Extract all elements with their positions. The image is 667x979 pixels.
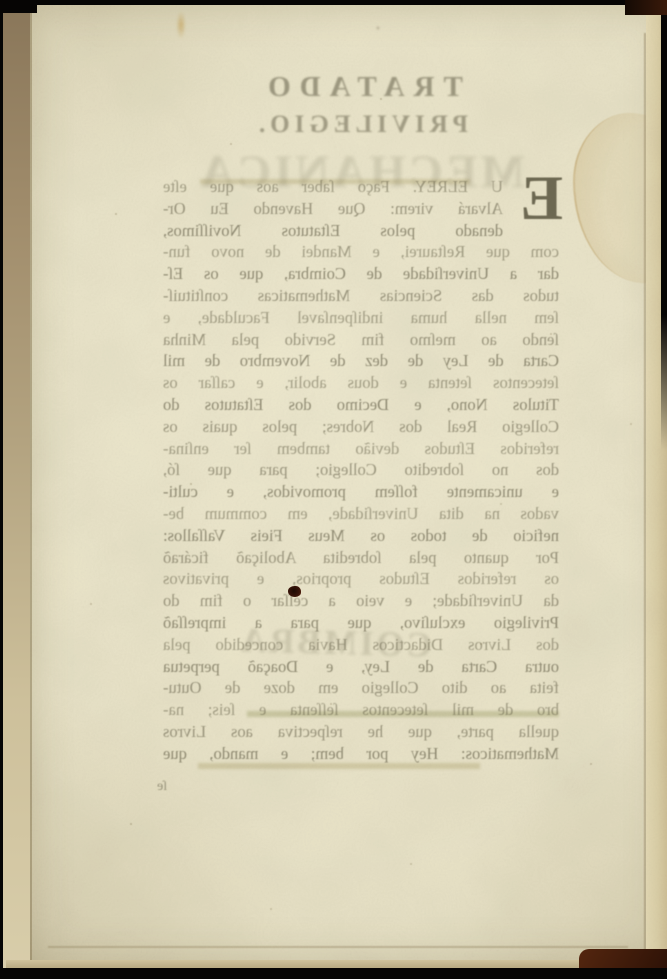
ghost-text-line: quella parte, que he reſpectiva aos Livr… (163, 721, 559, 743)
ghost-text-line: os referidos Eſtudos proprios, e privati… (163, 568, 559, 590)
ghost-text-line: Por quanto pela ſobredita Aboliçaõ ficár… (163, 547, 559, 569)
ghost-text-line: ſetecentos ſetenta e dous abolir, e caſſ… (163, 372, 559, 394)
ghost-text-line: dos Livros Didacticos Havia concedido pe… (163, 634, 559, 656)
book-edge-left (3, 11, 33, 969)
ghost-text-line: denado pelos Eſtatutos Noviſſimos, (163, 220, 559, 242)
ghost-text-line: feita ao dito Collegio em doze de Outu- (163, 677, 559, 699)
ghost-text-line: neficio de todos os Meus Fieis Vaſſallos… (163, 525, 559, 547)
ghost-text-line: dar a Univerſidade de Coimbra, que os Eſ… (163, 263, 559, 285)
ghost-title: TRATADO (163, 71, 559, 104)
ghost-text-line: Alvará virem: Que Havendo Eu Or- (163, 198, 559, 220)
ghost-text-line: da Univerſidade; e veio a ceſſar o fim d… (163, 590, 559, 612)
ghost-catchword: ſe (157, 779, 167, 795)
ghost-showthrough-text: MECHANICA COIMBRA TRATADO PRIVILEGIO. E … (163, 60, 559, 830)
scan-border-right (661, 0, 667, 450)
ghost-text-line: Titulos Nono, e Decimo dos Eſtatutos do (163, 394, 559, 416)
ghost-text-line: e unicamente foſſem promovidos, e culti- (163, 481, 559, 503)
page-bottom-crease (48, 946, 628, 948)
gutter-crease (30, 3, 32, 961)
ghost-text-line: U ELREY. Faço ſaber aos que eſte (163, 176, 559, 198)
blank-verso-page: MECHANICA COIMBRA TRATADO PRIVILEGIO. E … (30, 3, 667, 961)
ink-blot (288, 586, 301, 597)
ghost-text-line: Collegio Real dos Nobres; pelos quais os (163, 416, 559, 438)
ghost-text-line: outra Carta de Ley, e Doaçaõ perpetua (163, 656, 559, 678)
ghost-text-line: ſem nella huma indiſpenſavel Faculdade, … (163, 307, 559, 329)
ghost-text-line: com que Reſtaurei, e Mandei de novo fun- (163, 241, 559, 263)
book-cover-corner-top-right (625, 0, 667, 15)
ghost-text-line: referidos Eſtudos devião tambem ſer enſi… (163, 438, 559, 460)
ghost-text-line: vados na dita Univerſidade, em commum be… (163, 503, 559, 525)
book-scan: MECHANICA COIMBRA TRATADO PRIVILEGIO. E … (0, 0, 667, 979)
scan-border-top (0, 0, 667, 5)
ghost-text-line: ſendo ao meſmo fim Servido pela Minha (163, 329, 559, 351)
ghost-text-line: Mathematicos: Hey por bem; e mando, que (163, 743, 559, 765)
ghost-text-line: tudos das Sciencias Mathematicas conſtit… (163, 285, 559, 307)
ghost-text-line: bro de mil ſetecentos ſeſſenta e ſeis; n… (163, 699, 559, 721)
ghost-text-line: dos no ſobredito Collegio; para que ſó, (163, 459, 559, 481)
ghost-text-line: Carta de Ley de dez de Novembro de mil (163, 350, 559, 372)
ghost-body-text: U ELREY. Faço ſaber aos que eſte Alvará … (163, 176, 559, 765)
scan-corner-top-left (0, 0, 37, 13)
ghost-subtitle: PRIVILEGIO. (163, 111, 559, 139)
ghost-text-line: Privilegio excluſivo, que para a impreſſ… (163, 612, 559, 634)
scan-border-bottom (0, 968, 667, 979)
foxing-spot (176, 11, 186, 39)
